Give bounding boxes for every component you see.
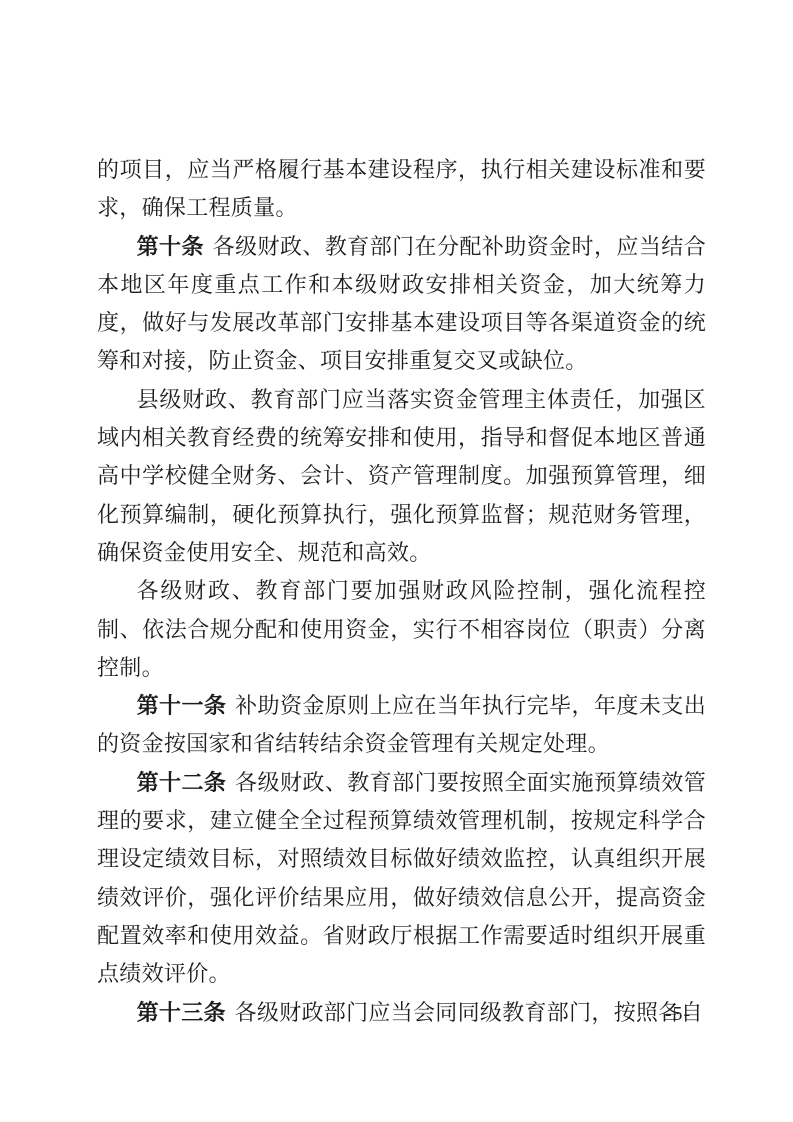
article-number: 第十一条 [137,693,227,718]
paragraph-text: 的项目，应当严格履行基本建设程序，执行相关建设标准和要求，确保工程质量。 [97,157,706,220]
paragraph: 的项目，应当严格履行基本建设程序，执行相关建设标准和要求，确保工程质量。 [97,151,706,228]
paragraph: 第十一条补助资金原则上应在当年执行完毕，年度未支出的资金按国家和省结转结余资金管… [97,687,706,764]
paragraph-text: 各级财政、教育部门要按照全面实施预算绩效管理的要求，建立健全全过程预算绩效管理机… [97,770,706,986]
paragraph: 县级财政、教育部门应当落实资金管理主体责任，加强区域内相关教育经费的统筹安排和使… [97,381,706,572]
article-number: 第十三条 [137,1000,226,1025]
paragraph: 各级财政、教育部门要加强财政风险控制，强化流程控制、依法合规分配和使用资金，实行… [97,572,706,687]
document-body: 的项目，应当严格履行基本建设程序，执行相关建设标准和要求，确保工程质量。第十条各… [97,151,706,1032]
paragraph: 第十二条各级财政、教育部门要按照全面实施预算绩效管理的要求，建立健全全过程预算绩… [97,764,706,994]
article-number: 第十条 [137,234,204,259]
page-number: -5- [658,1001,698,1027]
article-number: 第十二条 [137,770,227,795]
paragraph-text: 各级财政、教育部门要加强财政风险控制，强化流程控制、依法合规分配和使用资金，实行… [97,578,706,680]
paragraph-text: 各级财政部门应当会同同级教育部门，按照各自 [235,1000,703,1025]
paragraph: 第十条各级财政、教育部门在分配补助资金时，应当结合本地区年度重点工作和本级财政安… [97,228,706,381]
document-page: 的项目，应当严格履行基本建设程序，执行相关建设标准和要求，确保工程质量。第十条各… [0,0,793,1122]
paragraph-text: 县级财政、教育部门应当落实资金管理主体责任，加强区域内相关教育经费的统筹安排和使… [97,387,706,565]
paragraph: 第十三条各级财政部门应当会同同级教育部门，按照各自 [97,994,706,1032]
